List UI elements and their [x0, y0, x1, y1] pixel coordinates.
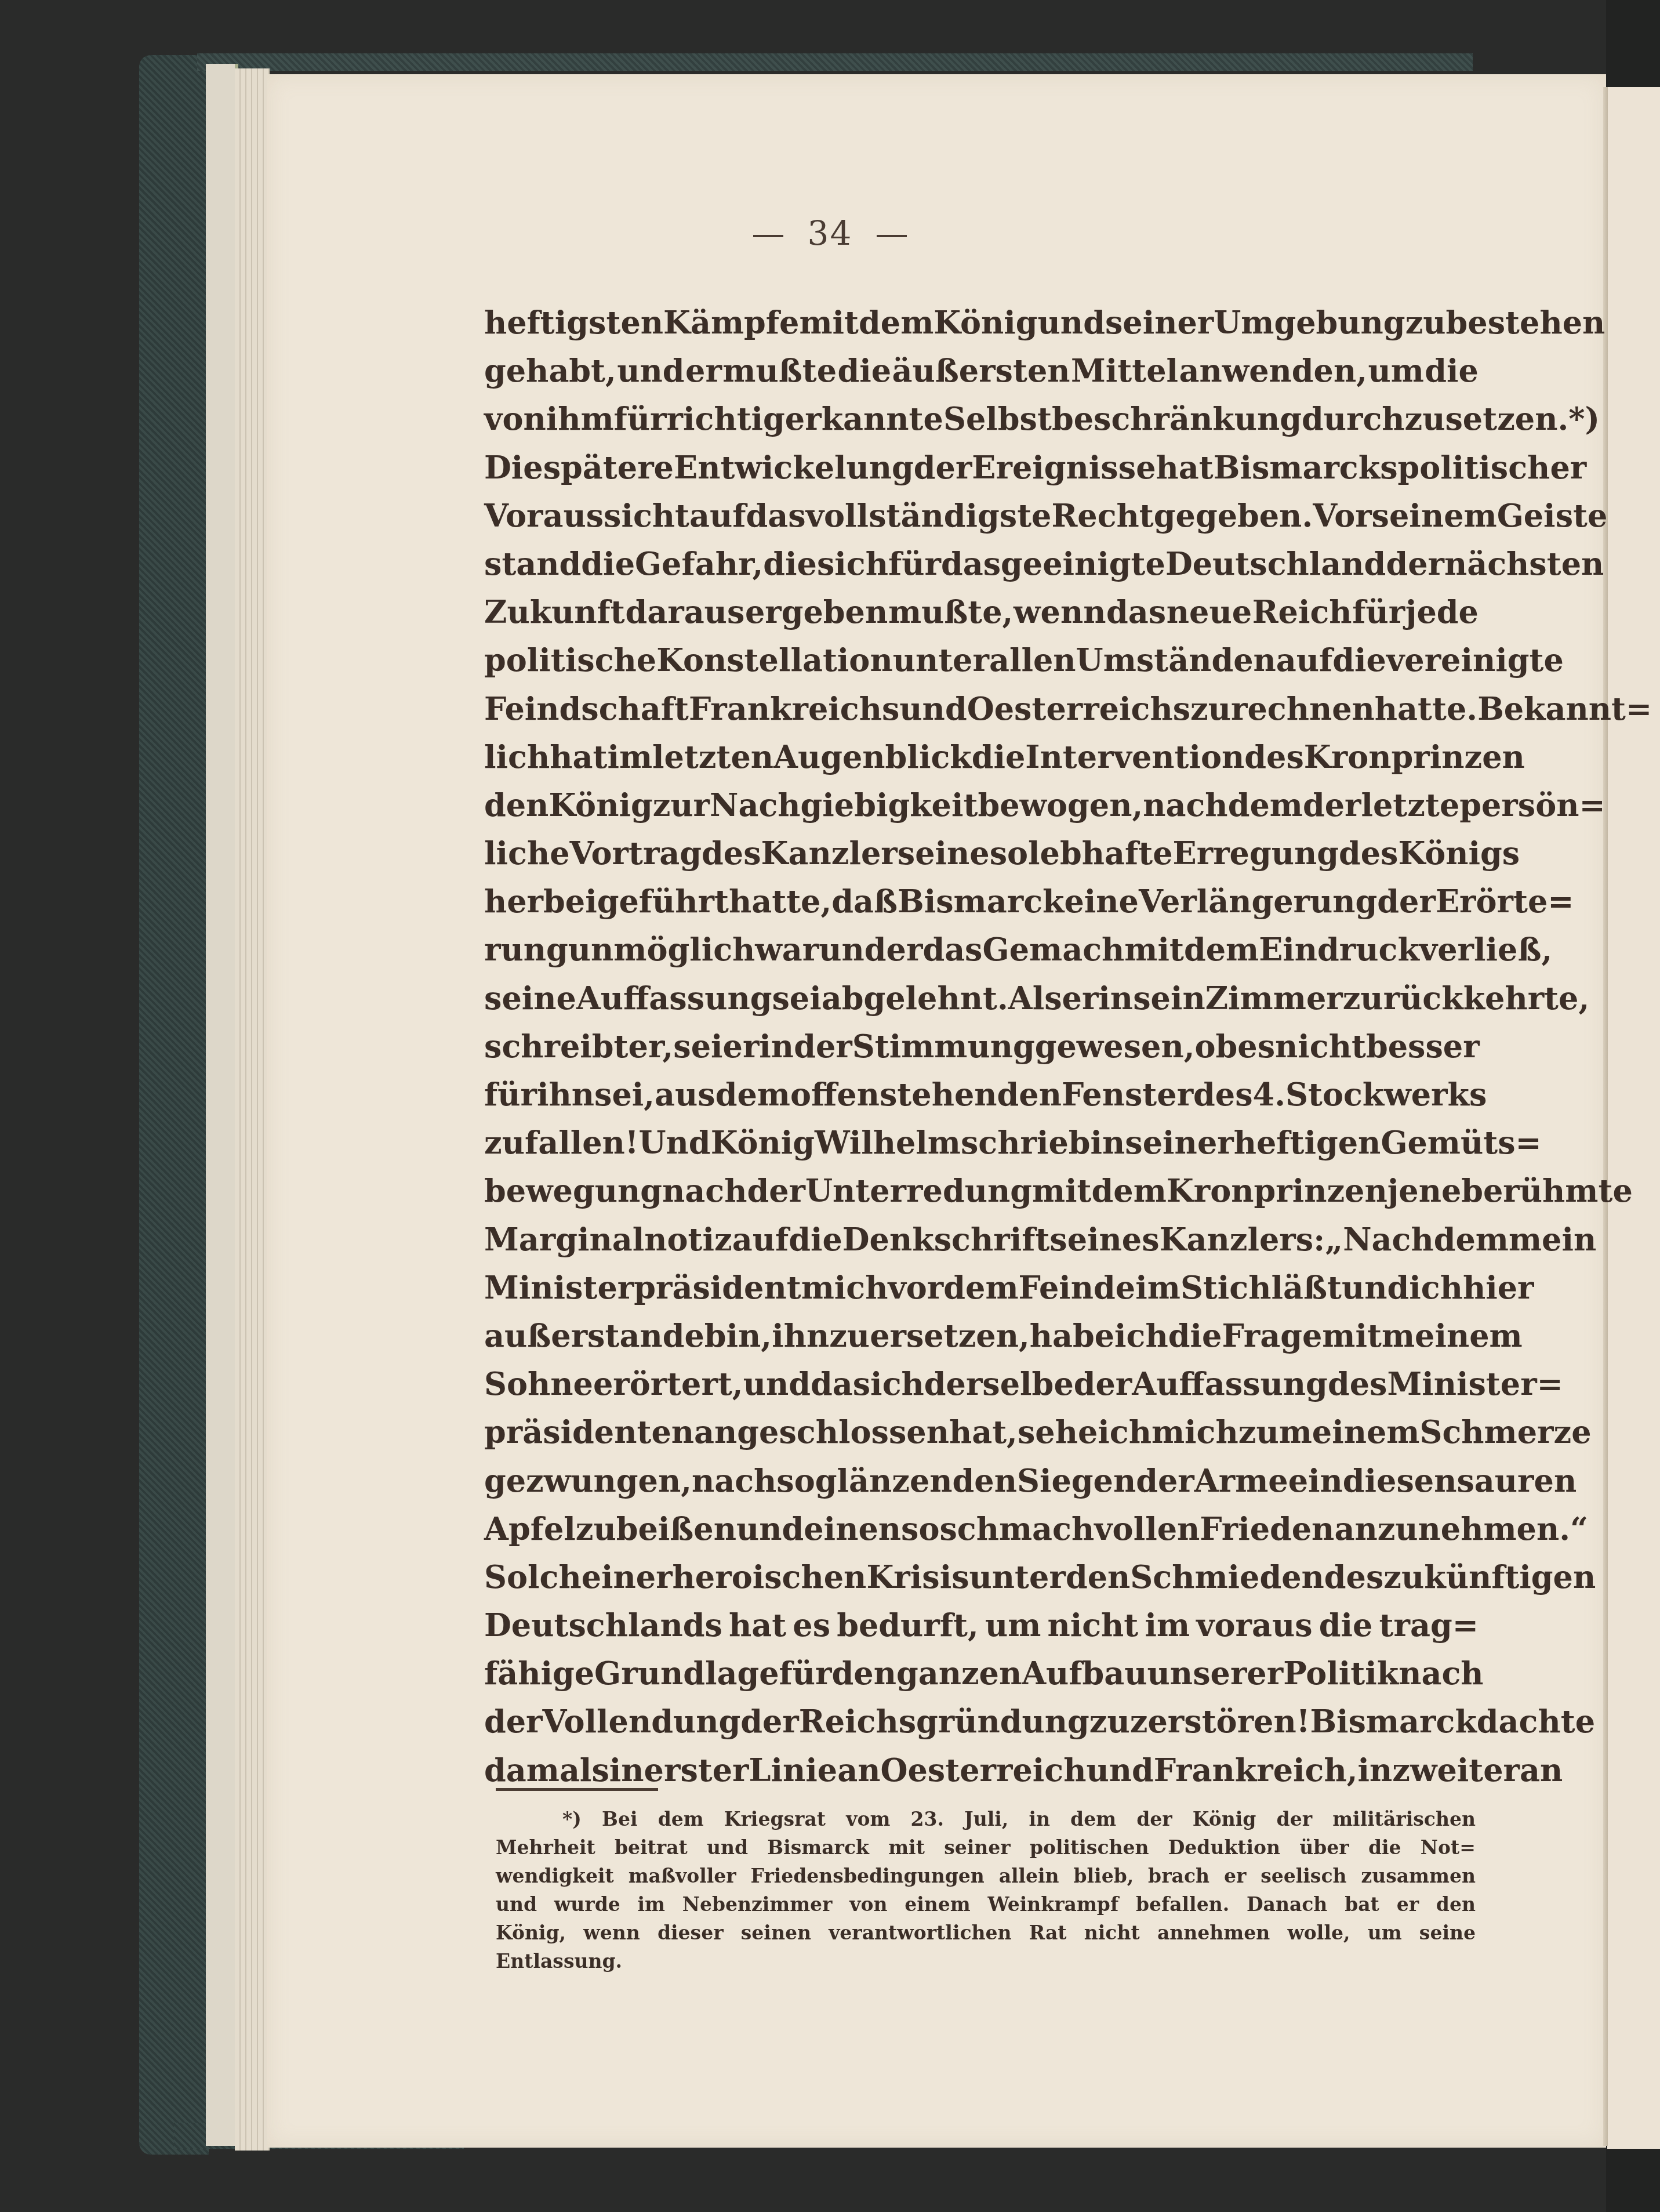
- word: *): [562, 1805, 582, 1833]
- word: Frankreichs: [689, 685, 899, 733]
- word: Kämpfe: [663, 299, 799, 347]
- word: den: [484, 781, 549, 829]
- word: Zimmer: [1205, 974, 1343, 1022]
- word: persön=: [1459, 781, 1605, 829]
- word: besser: [1366, 1022, 1480, 1071]
- text-line: Deutschlandshatesbedurft,umnichtimvoraus…: [484, 1601, 1479, 1649]
- word: zweiter: [1392, 1746, 1520, 1794]
- word: hier: [1463, 1264, 1534, 1312]
- word: aus: [655, 1071, 715, 1119]
- word: anzunehmen.“: [1334, 1505, 1588, 1553]
- word: eine: [1064, 877, 1139, 926]
- word: ihn: [772, 1312, 829, 1360]
- word: berühmte: [1461, 1167, 1633, 1215]
- word: König: [933, 299, 1037, 347]
- word: es: [1237, 1022, 1275, 1071]
- word: in: [1308, 1457, 1343, 1505]
- word: Bismarck: [898, 877, 1064, 926]
- word: Geiste: [1497, 492, 1608, 540]
- word: Siegen: [1017, 1457, 1136, 1505]
- word: außer: [484, 1312, 587, 1360]
- word: Augenblick: [773, 733, 972, 781]
- word: Oesterreichs: [967, 685, 1190, 733]
- word: in: [1029, 1805, 1050, 1833]
- word: ob: [1195, 1022, 1238, 1071]
- word: an: [837, 1746, 880, 1794]
- word: Stimmung: [852, 1022, 1035, 1071]
- word: einem: [905, 1890, 970, 1919]
- word: hatte,: [729, 877, 831, 926]
- word: beißen: [616, 1505, 736, 1553]
- footnote-line: undwurdeimNebenzimmervoneinemWeinkrampfb…: [496, 1890, 1476, 1919]
- word: 23.: [910, 1805, 943, 1833]
- word: er: [1397, 1890, 1419, 1919]
- word: geeinigte: [1001, 540, 1165, 588]
- word: Kriegsrat: [724, 1805, 826, 1833]
- word: ich: [1114, 1312, 1168, 1360]
- word: jene: [1387, 1167, 1462, 1215]
- word: in: [759, 1022, 794, 1071]
- word: Mehrheit: [496, 1833, 595, 1862]
- word: im: [607, 733, 652, 781]
- word: wurde: [554, 1890, 620, 1919]
- word: lebhafte: [1028, 829, 1172, 877]
- word: gewesen,: [1035, 1022, 1195, 1071]
- text-line: SolcheinerheroischenKrisisunterdenSchmie…: [484, 1553, 1479, 1601]
- word: militärischen: [1332, 1805, 1476, 1833]
- word: Bismarck: [767, 1833, 869, 1862]
- word: nach: [662, 1167, 747, 1215]
- word: auf: [732, 1216, 789, 1264]
- word: und: [707, 1833, 748, 1862]
- word: der: [1277, 1805, 1312, 1833]
- word: die: [1168, 1312, 1222, 1360]
- word: jede: [1405, 588, 1479, 636]
- text-line: seineAuffassungseiabgelehnt.AlserinseinZ…: [484, 974, 1479, 1022]
- word: diesen: [1343, 1457, 1457, 1505]
- word: vereinigte: [1386, 636, 1564, 684]
- word: heftigsten: [484, 299, 663, 347]
- word: Weinkrampf: [987, 1890, 1118, 1919]
- word: mit: [888, 1833, 925, 1862]
- text-line: fähigeGrundlagefürdenganzenAufbauunserer…: [484, 1649, 1479, 1698]
- text-line: licheVortragdesKanzlerseinesolebhafteErr…: [484, 829, 1479, 877]
- word: des: [1244, 733, 1304, 781]
- word: wendigkeit: [496, 1862, 614, 1890]
- word: Friedensbedingungen: [751, 1862, 985, 1890]
- word: Voraussicht: [484, 492, 689, 540]
- word: äußersten: [892, 347, 1070, 395]
- text-line: denKönigzurNachgiebigkeitbewogen,nachdem…: [484, 781, 1479, 829]
- word: unserer: [1147, 1649, 1284, 1698]
- word: zurückkehrte,: [1343, 974, 1590, 1022]
- word: Apfel: [484, 1505, 576, 1553]
- word: Eindruck: [1259, 926, 1419, 974]
- word: Frage: [1222, 1312, 1322, 1360]
- word: Verlängerung: [1139, 877, 1377, 926]
- word: eine: [915, 829, 990, 877]
- word: das: [922, 926, 982, 974]
- word: ergeben: [745, 588, 888, 636]
- text-line: VoraussichtaufdasvollständigsteRechtgege…: [484, 492, 1479, 540]
- word: und: [617, 347, 684, 395]
- word: Bismarcks: [1214, 444, 1398, 492]
- word: zur: [653, 781, 710, 829]
- word: Nachgiebigkeit: [710, 781, 978, 829]
- word: vom: [846, 1805, 890, 1833]
- text-line: damalsinersterLinieanOesterreichundFrank…: [484, 1746, 1479, 1794]
- word: Juli,: [964, 1805, 1008, 1833]
- word: Rat: [1029, 1919, 1067, 1947]
- word: des: [1339, 829, 1399, 877]
- word: Umständen: [1076, 636, 1276, 684]
- footnote-line: wendigkeitmaßvollerFriedensbedingungenal…: [496, 1862, 1476, 1890]
- word: Kronprinzen: [1304, 733, 1525, 781]
- word: den: [1436, 1890, 1476, 1919]
- word: Kanzlers:: [1160, 1216, 1325, 1264]
- word: bewogen,: [978, 781, 1143, 829]
- word: erörtert,: [593, 1360, 743, 1408]
- word: dem: [1184, 926, 1259, 974]
- word: er: [723, 1022, 760, 1071]
- word: 4.: [1253, 1071, 1285, 1119]
- word: gegeben.: [1154, 492, 1313, 540]
- word: er: [887, 926, 923, 974]
- word: politischen: [1030, 1833, 1149, 1862]
- word: Entlassung.: [496, 1947, 622, 1975]
- word: dem: [1070, 1805, 1116, 1833]
- word: nicht: [1084, 1919, 1140, 1947]
- text-line: politischeKonstellationunterallenUmständ…: [484, 636, 1479, 684]
- word: in: [1098, 974, 1133, 1022]
- word: und: [899, 685, 967, 733]
- word: in: [1091, 1119, 1125, 1167]
- word: Königs: [1399, 829, 1520, 877]
- word: neue: [1167, 588, 1252, 636]
- word: ersetzen,: [870, 1312, 1030, 1360]
- word: ihn: [537, 1071, 594, 1119]
- word: das: [1106, 588, 1166, 636]
- word: Not=: [1421, 1833, 1476, 1862]
- word: die: [837, 347, 891, 395]
- word: Nebenzimmer: [682, 1890, 833, 1919]
- word: einen: [804, 1505, 901, 1553]
- word: liche: [484, 829, 570, 877]
- word: Aufbau: [1022, 1649, 1147, 1698]
- word: Gemach: [983, 926, 1125, 974]
- word: und: [1038, 299, 1105, 347]
- word: die: [763, 540, 817, 588]
- word: derselbe: [924, 1360, 1074, 1408]
- word: nachdem: [1143, 781, 1303, 829]
- word: Die: [484, 444, 543, 492]
- word: seiner: [1125, 1119, 1233, 1167]
- word: daß: [831, 877, 898, 926]
- footnote-separator: [496, 1788, 658, 1791]
- word: zukünftigen: [1383, 1553, 1596, 1601]
- word: glänzenden: [815, 1457, 1017, 1505]
- word: dem: [943, 1264, 1018, 1312]
- word: Recht: [1051, 492, 1153, 540]
- word: Oesterreich: [880, 1746, 1086, 1794]
- word: Unterredung: [805, 1167, 1032, 1215]
- text-line: präsidentenangeschlossenhat,seheichmichz…: [484, 1408, 1479, 1456]
- word: mit: [1124, 926, 1184, 974]
- word: von: [849, 1890, 887, 1919]
- word: zu: [1190, 685, 1231, 733]
- word: er: [1062, 974, 1099, 1022]
- word: dieser: [658, 1919, 724, 1947]
- word: mein: [1509, 1216, 1596, 1264]
- word: der: [1377, 877, 1436, 926]
- word: schrieb: [961, 1119, 1091, 1167]
- word: zu: [484, 1119, 525, 1167]
- word: Ereignisse: [972, 444, 1156, 492]
- word: richtig: [667, 395, 785, 443]
- word: Solch: [484, 1553, 582, 1601]
- word: rechnen: [1231, 685, 1375, 733]
- word: des: [1328, 1360, 1387, 1408]
- word: Schmerze: [1419, 1408, 1591, 1456]
- word: so: [776, 1457, 815, 1505]
- text-line: gehabt,undermußtedieäußerstenMittelanwen…: [484, 347, 1479, 395]
- text-line: MinisterpräsidentmichvordemFeindeimStich…: [484, 1264, 1479, 1312]
- footnote-line: MehrheitbeitratundBismarckmitseinerpolit…: [496, 1833, 1476, 1862]
- word: Armee: [1194, 1457, 1308, 1505]
- word: zusammen: [1361, 1862, 1476, 1890]
- text-line: FeindschaftFrankreichsundOesterreichszur…: [484, 685, 1479, 733]
- word: dem: [859, 299, 933, 347]
- word: es: [793, 1601, 830, 1649]
- next-page-edge: [1607, 87, 1660, 2149]
- word: die: [1319, 1601, 1373, 1649]
- word: ihm: [546, 395, 614, 443]
- word: nicht: [1047, 1601, 1138, 1649]
- word: war: [755, 926, 819, 974]
- word: seines: [1049, 1216, 1159, 1264]
- word: die: [1332, 636, 1386, 684]
- word: mußte,: [888, 588, 1014, 636]
- word: seinem: [1372, 492, 1497, 540]
- word: mit: [799, 299, 859, 347]
- word: sei,: [594, 1071, 655, 1119]
- word: Marginalnotiz: [484, 1216, 732, 1264]
- text-line: außerstandebin,ihnzuersetzen,habeichdieF…: [484, 1312, 1479, 1360]
- word: Frieden: [1200, 1505, 1334, 1553]
- page-number: 34: [808, 213, 853, 253]
- word: so: [901, 1505, 939, 1553]
- word: unmöglich: [568, 926, 755, 974]
- word: der: [1136, 1457, 1194, 1505]
- word: „Nachdem: [1325, 1216, 1509, 1264]
- word: Erörte=: [1436, 877, 1574, 926]
- word: zerstören!: [1130, 1698, 1310, 1746]
- word: damals: [484, 1746, 609, 1794]
- word: Minister=: [1387, 1360, 1563, 1408]
- word: er: [685, 347, 722, 395]
- word: im: [1145, 1601, 1190, 1649]
- word: für: [1352, 588, 1405, 636]
- word: Linie: [749, 1746, 838, 1794]
- word: hat: [729, 1601, 786, 1649]
- word: Und: [639, 1119, 711, 1167]
- word: trag=: [1379, 1601, 1479, 1649]
- word: da: [811, 1360, 853, 1408]
- word: bestehen: [1446, 299, 1605, 347]
- word: sei: [673, 1022, 722, 1071]
- word: der: [1303, 781, 1361, 829]
- word: mußte: [722, 347, 837, 395]
- text-line: schreibter,seierinderStimmunggewesen,obe…: [484, 1022, 1479, 1071]
- body-text: heftigstenKämpfemitdemKönigundseinerUmge…: [484, 299, 1479, 1794]
- word: das: [746, 492, 806, 540]
- word: dem: [658, 1805, 704, 1833]
- text-line: lichhatimletztenAugenblickdieInterventio…: [484, 733, 1479, 781]
- word: daraus: [625, 588, 744, 636]
- word: zu: [576, 1505, 616, 1553]
- word: schmachvollen: [939, 1505, 1200, 1553]
- word: ich: [1098, 1408, 1152, 1456]
- word: maßvoller: [629, 1862, 736, 1890]
- word: hat: [1156, 444, 1214, 492]
- word: erster: [644, 1746, 749, 1794]
- word: Auffassung: [1132, 1360, 1328, 1408]
- word: habe: [1030, 1312, 1114, 1360]
- word: und: [1342, 1264, 1409, 1312]
- word: der: [484, 1698, 543, 1746]
- page-fold-shadow: [1603, 87, 1608, 2146]
- word: politischer: [1398, 444, 1587, 492]
- text-line: fürihnsei,ausdemoffenstehendenFensterdes…: [484, 1071, 1479, 1119]
- word: sein: [1133, 974, 1205, 1022]
- word: Danach: [1247, 1890, 1327, 1919]
- text-line: Sohneerörtert,unddasichderselbederAuffas…: [484, 1360, 1479, 1408]
- word: blieb,: [1074, 1862, 1134, 1890]
- word: rung: [484, 926, 568, 974]
- word: offenstehenden: [790, 1071, 1062, 1119]
- word: mich: [1152, 1408, 1238, 1456]
- word: erkannte: [785, 395, 943, 443]
- word: hat,: [949, 1408, 1018, 1456]
- word: abgelehnt.: [822, 974, 1008, 1022]
- word: Schmieden: [1130, 1553, 1324, 1601]
- word: und: [496, 1890, 537, 1919]
- word: annehmen: [1157, 1919, 1270, 1947]
- word: Vollendung: [543, 1698, 741, 1746]
- word: im: [637, 1890, 664, 1919]
- word: unter: [969, 1553, 1066, 1601]
- word: sich: [853, 1360, 924, 1408]
- word: König: [1193, 1805, 1256, 1833]
- header-dash-left: [753, 235, 783, 237]
- text-line: zufallen!UndKönigWilhelmschriebinseinerh…: [484, 1119, 1479, 1167]
- word: Deduktion: [1168, 1833, 1280, 1862]
- word: König: [549, 781, 652, 829]
- word: Mittel: [1071, 347, 1178, 395]
- word: mit: [1322, 1312, 1382, 1360]
- page-stack-edges: [235, 68, 270, 2151]
- word: anwenden,: [1179, 347, 1368, 395]
- word: Denkschrift: [842, 1216, 1050, 1264]
- word: Zukunft: [484, 588, 625, 636]
- word: und: [819, 926, 886, 974]
- word: mit: [1032, 1167, 1092, 1215]
- word: Auffassung: [576, 974, 772, 1022]
- word: im: [1135, 1264, 1180, 1312]
- word: die: [1425, 347, 1479, 395]
- word: Sohne: [484, 1360, 593, 1408]
- word: präsidenten: [484, 1408, 694, 1456]
- word: und: [743, 1360, 811, 1408]
- word: auf: [1276, 636, 1332, 684]
- word: sei: [772, 974, 821, 1022]
- word: Kronprinzen: [1167, 1167, 1387, 1215]
- word: des: [702, 829, 761, 877]
- word: den: [1066, 1553, 1130, 1601]
- word: verließ,: [1419, 926, 1552, 974]
- word: seinen: [741, 1919, 811, 1947]
- word: wolle,: [1287, 1919, 1350, 1947]
- word: sehe: [1018, 1408, 1098, 1456]
- word: bin,: [704, 1312, 772, 1360]
- word: für: [779, 1649, 832, 1698]
- word: gezwungen,: [484, 1457, 692, 1505]
- word: Vortrag: [570, 829, 702, 877]
- word: beitrat: [615, 1833, 688, 1862]
- word: seiner: [944, 1833, 1011, 1862]
- word: Ministerpräsident: [484, 1264, 801, 1312]
- word: Wilhelm: [815, 1119, 961, 1167]
- text-line: vonihmfürrichtigerkannteSelbstbeschränku…: [484, 395, 1479, 443]
- word: um: [985, 1601, 1041, 1649]
- text-line: rungunmöglichwarunderdasGemachmitdemEind…: [484, 926, 1479, 974]
- word: Intervention: [1025, 733, 1244, 781]
- text-line: heftigstenKämpfemitdemKönigundseinerUmge…: [484, 299, 1479, 347]
- word: der: [794, 1022, 852, 1071]
- word: allen: [989, 636, 1076, 684]
- word: einer: [582, 1553, 673, 1601]
- word: Reich: [1252, 588, 1352, 636]
- text-line: DiespätereEntwickelungderEreignissehatBi…: [484, 444, 1479, 492]
- word: König,: [496, 1919, 566, 1947]
- text-line: herbeigeführthatte,daßBismarckeineVerlän…: [484, 877, 1479, 926]
- word: und: [736, 1505, 804, 1553]
- word: Erregung: [1173, 829, 1339, 877]
- word: angeschlossen: [694, 1408, 949, 1456]
- footnote: *)BeidemKriegsratvom23.Juli,indemderKöni…: [496, 1805, 1476, 1975]
- word: der: [914, 444, 972, 492]
- word: sauren: [1456, 1457, 1577, 1505]
- word: der: [1386, 540, 1444, 588]
- word: dem: [715, 1071, 790, 1119]
- word: so: [990, 829, 1028, 877]
- word: er: [1224, 1862, 1246, 1890]
- word: zu: [1405, 299, 1446, 347]
- word: vor: [888, 1264, 943, 1312]
- word: politische: [484, 636, 656, 684]
- word: nächsten: [1444, 540, 1604, 588]
- word: Als: [1008, 974, 1062, 1022]
- word: Vor: [1313, 492, 1371, 540]
- word: die: [972, 733, 1026, 781]
- text-line: MarginalnotizaufdieDenkschriftseinesKanz…: [484, 1216, 1479, 1264]
- word: vollständigste: [806, 492, 1052, 540]
- word: wenn: [583, 1919, 640, 1947]
- word: heroischen: [673, 1553, 867, 1601]
- word: und: [1086, 1746, 1153, 1794]
- word: um: [1368, 347, 1423, 395]
- word: an: [1520, 1746, 1563, 1794]
